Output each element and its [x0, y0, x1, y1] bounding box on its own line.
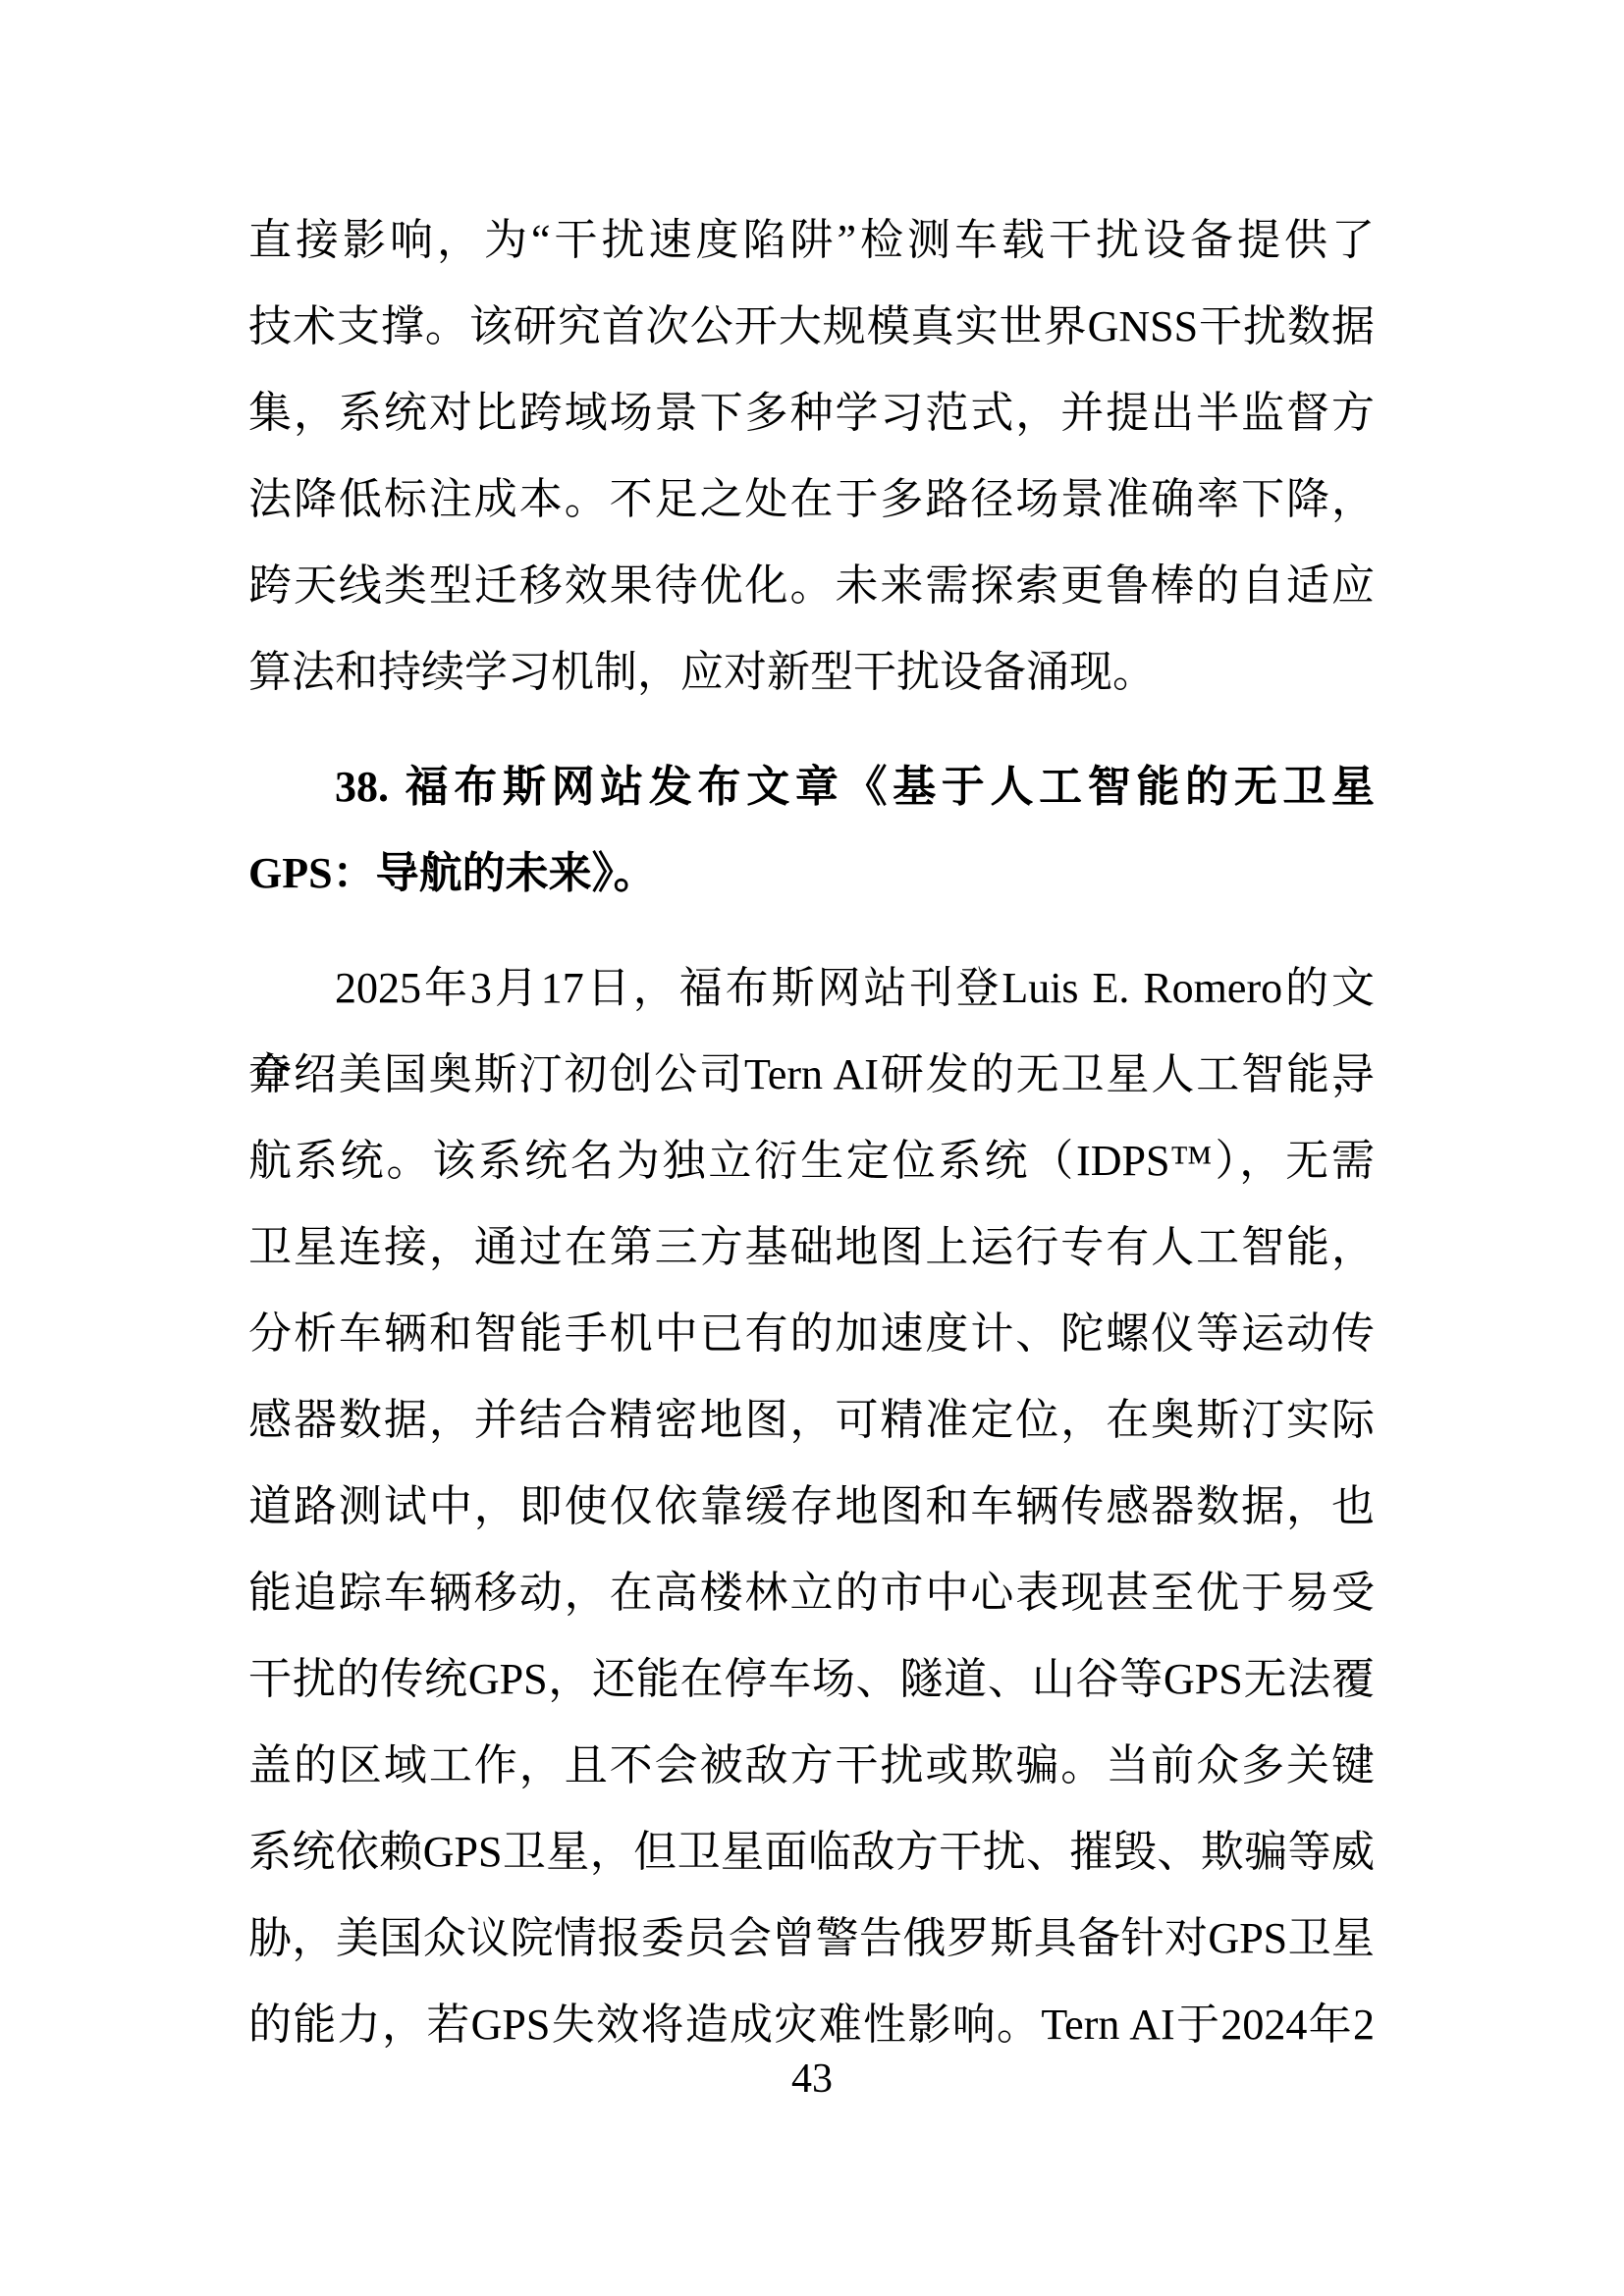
text-line: 介绍美国奥斯汀初创公司Tern AI研发的无卫星人工智能导	[248, 1032, 1375, 1118]
text-line: 航系统。该系统名为独立衍生定位系统（IDPS™），无需	[248, 1118, 1375, 1204]
text-line: 集，系统对比跨域场景下多种学习范式，并提出半监督方	[248, 370, 1375, 456]
text-line: 干扰的传统GPS，还能在停车场、隧道、山谷等GPS无法覆	[248, 1636, 1375, 1723]
text-line: 2025年3月17日，福布斯网站刊登Luis E. Romero的文章，	[248, 945, 1375, 1032]
text-line: 分析车辆和智能手机中已有的加速度计、陀螺仪等运动传	[248, 1291, 1375, 1377]
heading-line: GPS：导航的未来》。	[248, 830, 1375, 917]
document-page: 直接影响，为“干扰速度陷阱”检测车载干扰设备提供了 技术支撑。该研究首次公开大规…	[0, 0, 1624, 2296]
text-line: 跨天线类型迁移效果待优化。未来需探索更鲁棒的自适应	[248, 543, 1375, 629]
text-line: 卫星连接，通过在第三方基础地图上运行专有人工智能，	[248, 1204, 1375, 1291]
text-line: 能追踪车辆移动，在高楼林立的市中心表现甚至优于易受	[248, 1550, 1375, 1636]
paragraph-forbes-article: 2025年3月17日，福布斯网站刊登Luis E. Romero的文章， 介绍美…	[248, 945, 1375, 2068]
text-line: 道路测试中，即使仅依靠缓存地图和车辆传感器数据，也	[248, 1464, 1375, 1550]
heading-line: 38. 福布斯网站发布文章《基于人工智能的无卫星	[248, 744, 1375, 830]
text-line: 胁，美国众议院情报委员会曾警告俄罗斯具备针对GPS卫星	[248, 1896, 1375, 1982]
text-line: 系统依赖GPS卫星，但卫星面临敌方干扰、摧毁、欺骗等威	[248, 1809, 1375, 1896]
text-line: 算法和持续学习机制，应对新型干扰设备涌现。	[248, 629, 1375, 716]
text-line: 盖的区域工作，且不会被敌方干扰或欺骗。当前众多关键	[248, 1723, 1375, 1809]
page-footer: 43	[0, 2058, 1624, 2100]
page-number: 43	[791, 2056, 833, 2102]
page-body: 直接影响，为“干扰速度陷阱”检测车载干扰设备提供了 技术支撑。该研究首次公开大规…	[248, 197, 1375, 2068]
paragraph-gnss-study: 直接影响，为“干扰速度陷阱”检测车载干扰设备提供了 技术支撑。该研究首次公开大规…	[248, 197, 1375, 716]
text-line: 的能力，若GPS失效将造成灾难性影响。Tern AI于2024年2	[248, 1982, 1375, 2068]
text-line: 法降低标注成本。不足之处在于多路径场景准确率下降，	[248, 456, 1375, 543]
section-heading-38: 38. 福布斯网站发布文章《基于人工智能的无卫星 GPS：导航的未来》。	[248, 744, 1375, 917]
text-line: 技术支撑。该研究首次公开大规模真实世界GNSS干扰数据	[248, 284, 1375, 370]
text-line: 感器数据，并结合精密地图，可精准定位，在奥斯汀实际	[248, 1377, 1375, 1464]
text-line: 直接影响，为“干扰速度陷阱”检测车载干扰设备提供了	[248, 197, 1375, 284]
